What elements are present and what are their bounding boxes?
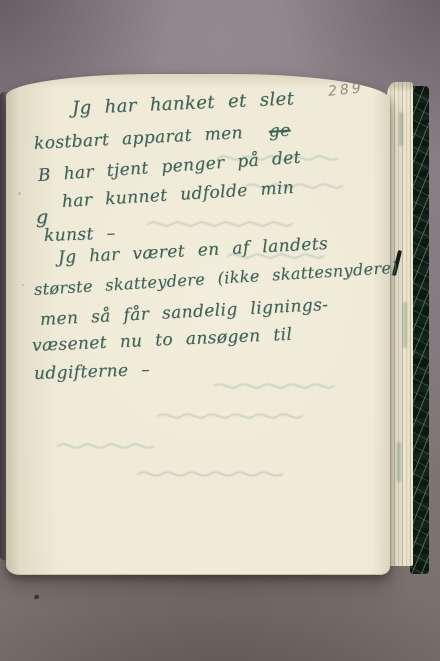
struck-word: ge [268,121,291,142]
bleed-smudge [403,302,407,348]
handwriting-line: kunst – [44,224,116,246]
foxing-spot [22,284,24,286]
photo-scene: 289 Jg har hanket et slet kostbart appar… [0,0,440,661]
handwriting-line: g [36,206,49,228]
handwriting-line: udgifterne – [34,360,151,384]
bleed-smudge [399,112,403,146]
foxing-spot [18,192,21,195]
open-notebook: 289 Jg har hanket et slet kostbart appar… [0,74,440,580]
notebook-page: 289 Jg har hanket et slet kostbart appar… [6,74,390,575]
page-edges-stack [387,82,413,566]
bleed-smudge [397,442,401,482]
